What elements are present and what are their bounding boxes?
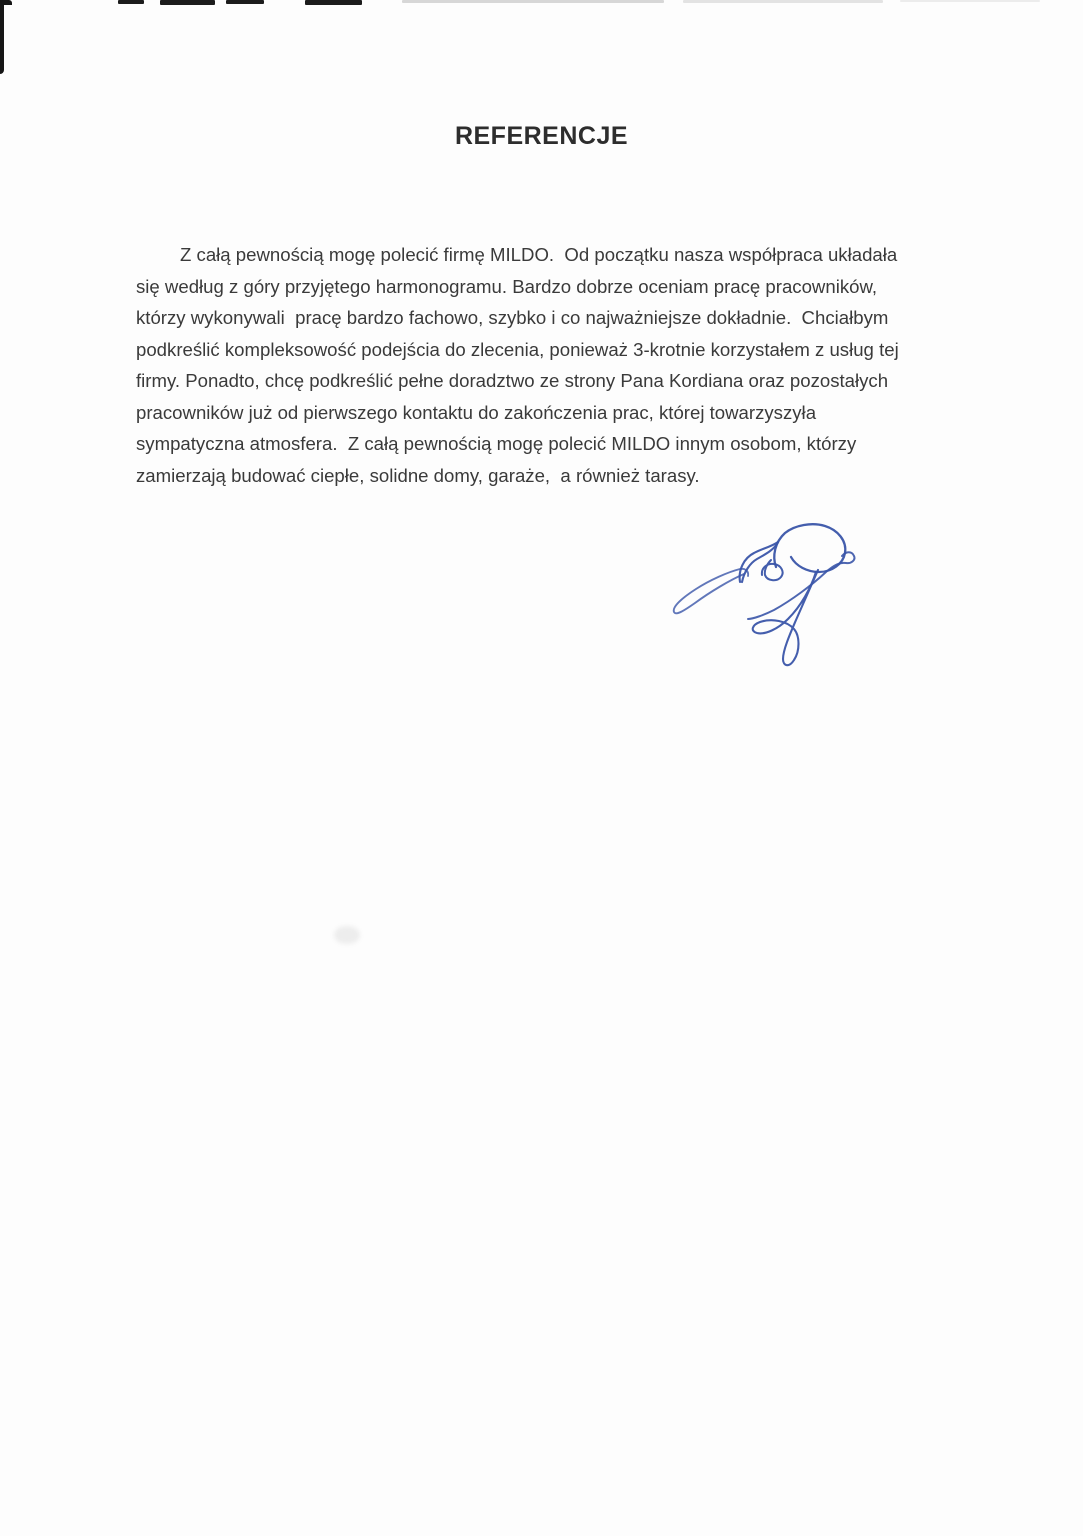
scan-artifact-top-edge: [226, 0, 264, 4]
paragraph-line: firmy. Ponadto, chcę podkreślić pełne do…: [136, 365, 996, 397]
scan-artifact-top-edge: [305, 0, 362, 5]
paragraph-line: pracowników już od pierwszego kontaktu d…: [136, 397, 996, 429]
paragraph-line: zamierzają budować ciepłe, solidne domy,…: [136, 460, 996, 492]
paragraph-line: się według z góry przyjętego harmonogram…: [136, 271, 996, 303]
scan-artifact-top-edge: [900, 0, 1040, 2]
signature-stroke: [740, 542, 778, 582]
scan-artifact-top-edge: [402, 0, 664, 3]
paragraph-line: podkreślić kompleksowość podejścia do zl…: [136, 334, 996, 366]
signature-stroke: [674, 569, 748, 613]
scan-artifact-smudge: [334, 926, 360, 944]
reference-paragraph: Z całą pewnością mogę polecić firmę MILD…: [136, 239, 996, 491]
signature-ink: [652, 512, 897, 680]
scan-artifact-top-edge: [160, 0, 215, 5]
scan-artifact-top-edge: [118, 0, 144, 4]
signature-stroke: [762, 560, 783, 580]
document-title: REFERENCJE: [0, 122, 1083, 151]
paragraph-line: którzy wykonywali pracę bardzo fachowo, …: [136, 302, 996, 334]
scan-artifact-top-edge: [683, 0, 883, 3]
paragraph-line: sympatyczna atmosfera. Z całą pewnością …: [136, 428, 996, 460]
document-page: REFERENCJE Z całą pewnością mogę polecić…: [0, 0, 1083, 1536]
scan-artifact-corner: [0, 0, 4, 74]
signature-stroke: [753, 570, 818, 665]
handwritten-signature: [652, 512, 897, 680]
paragraph-line: Z całą pewnością mogę polecić firmę MILD…: [136, 239, 996, 271]
